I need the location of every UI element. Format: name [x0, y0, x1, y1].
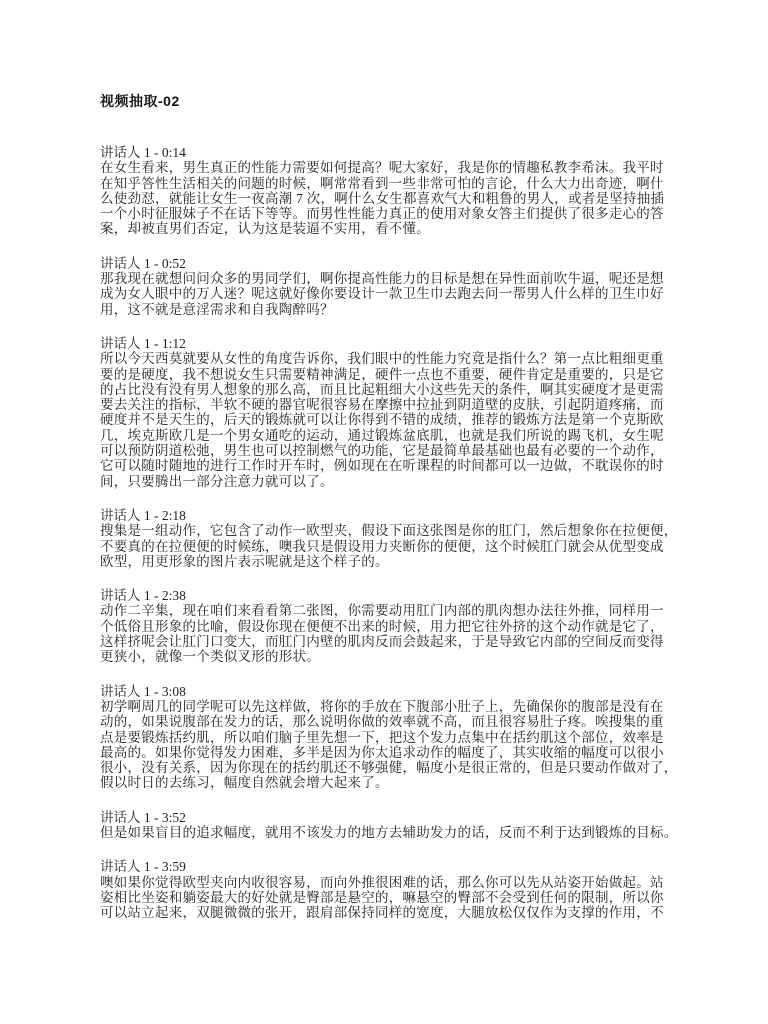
transcript-line: 动的，如果说腹部在发力的话，那么说明你做的效率就不高，而且很容易肚子疼。唉搜集的… [100, 714, 675, 729]
transcript-line: 欧型，用更形象的图片表示呢就是这个样子的。 [100, 554, 675, 569]
segment-speaker-time: 讲话人 1 - 2:18 [100, 508, 675, 523]
transcript-segment: 讲话人 1 - 0:14 在女生看来，男生真正的性能力需要如何提高？呢大家好，我… [100, 145, 675, 237]
transcript-line: 点是要锻炼括约肌，所以咱们脑子里先想一下，把这个发力点集中在括约肌这个部位，效率… [100, 730, 675, 745]
segment-speaker-time: 讲话人 1 - 1:12 [100, 336, 675, 351]
transcript-line: 可以站立起来，双腿微微的张开，跟肩部保持同样的宽度，大腿放松仅仅作为支撑的作用，… [100, 905, 675, 920]
transcript-line: 成为女人眼中的万人迷？呢这就好像你要设计一款卫生巾去跑去问一帮男人什么样的卫生巾… [100, 286, 675, 301]
transcript-line: 但是如果盲目的追求幅度，就用不该发力的地方去辅助发力的话，反而不利于达到锻炼的目… [100, 825, 675, 840]
transcript-line: 最高的。如果你觉得发力困难，多半是因为你太追求动作的幅度了，其实收缩的幅度可以很… [100, 745, 675, 760]
segment-speaker-time: 讲话人 1 - 3:59 [100, 859, 675, 874]
transcript-line: 要去关注的指标，半软不硬的器官呢很容易在摩擦中拉扯到阴道壁的皮肤，引起阴道疼痛，… [100, 397, 675, 412]
document-page: 视频抽取-02 讲话人 1 - 0:14 在女生看来，男生真正的性能力需要如何提… [0, 0, 768, 1024]
transcript-line: 姿相比坐姿和躺姿最大的好处就是臀部是悬空的，嘛悬空的臀部不会受到任何的限制，所以… [100, 890, 675, 905]
transcript-line: 所以今天西莫就要从女性的角度告诉你，我们眼中的性能力究竟是指什么？第一点比粗细更… [100, 351, 675, 366]
segment-speaker-time: 讲话人 1 - 0:52 [100, 256, 675, 271]
transcript-line: 初学啊周几的同学呢可以先这样做，将你的手放在下腹部小肚子上，先确保你的腹部是没有… [100, 699, 675, 714]
transcript-line: 用，这不就是意淫需求和自我陶醉吗？ [100, 302, 675, 317]
transcript-line: 硬度并不是天生的，后天的锻炼就可以让你得到不错的成绩，推荐的锻炼方法是第一个克斯… [100, 412, 675, 427]
transcript-line: 要的是硬度，我不想说女生只需要精神满足，硬件一点也不重要，硬件肯定是重要的，只是… [100, 367, 675, 382]
transcript-line: 几，埃克斯欧几是一个男女通吃的运动，通过锻炼盆底肌，也就是我们所说的踢飞机，女生… [100, 428, 675, 443]
transcript-segment: 讲话人 1 - 0:52 那我现在就想问问众多的男同学们，啊你提高性能力的目标是… [100, 256, 675, 317]
transcript-line: 的占比没有没有男人想象的那么高，而且比起粗细大小这些先天的条件，啊其实硬度才是更… [100, 382, 675, 397]
transcript-segment: 讲话人 1 - 2:38 动作二辛集，现在咱们来看看第二张图，你需要动用肛门内部… [100, 588, 675, 664]
segment-speaker-time: 讲话人 1 - 0:14 [100, 145, 675, 160]
transcript-line: 更狭小，就像一个类似叉形的形状。 [100, 649, 675, 664]
transcript-line: 搜集是一组动作，它包含了动作一欧型夹，假设下面这张图是你的肛门，然后想象你在拉便… [100, 523, 675, 538]
transcript-segment: 讲话人 1 - 3:52 但是如果盲目的追求幅度，就用不该发力的地方去辅助发力的… [100, 810, 675, 841]
transcript-line: 一个小时征服妹子不在话下等等。而男性性能力真正的使用对象女答主们提供了很多走心的… [100, 206, 675, 221]
transcript-segment: 讲话人 1 - 2:18 搜集是一组动作，它包含了动作一欧型夹，假设下面这张图是… [100, 508, 675, 569]
segment-speaker-time: 讲话人 1 - 2:38 [100, 588, 675, 603]
transcript-line: 假以时日的去练习，幅度自然就会增大起来了。 [100, 775, 675, 790]
transcript-line: 案，却被直男们否定，认为这是装逼不实用，看不懂。 [100, 221, 675, 236]
transcript-line: 么使劲怼，就能让女生一夜高潮 7 次，啊什么女生都喜欢气大和粗鲁的男人，或者是坚… [100, 191, 675, 206]
segment-speaker-time: 讲话人 1 - 3:08 [100, 684, 675, 699]
transcript-segment: 讲话人 1 - 1:12 所以今天西莫就要从女性的角度告诉你，我们眼中的性能力究… [100, 336, 675, 489]
transcript-line: 动作二辛集，现在咱们来看看第二张图，你需要动用肛门内部的肌肉想办法往外推，同样用… [100, 603, 675, 618]
transcript-line: 那我现在就想问问众多的男同学们，啊你提高性能力的目标是想在异性面前吹牛逼，呢还是… [100, 271, 675, 286]
transcript-line: 这样挤呢会让肛门口变大，而肛门内壁的肌肉反而会鼓起来，于是导致它内部的空间反而变… [100, 634, 675, 649]
transcript-line: 在知乎答性生活相关的问题的时候，啊常常看到一些非常可怕的言论，什么大力出奇迹，啊… [100, 176, 675, 191]
transcript-line: 个低俗且形象的比喻，假设你现在便便不出来的时候，用力把它往外挤的这个动作就是它了… [100, 619, 675, 634]
transcript-line: 它可以随时随地的进行工作时开车时，例如现在在听课程的时间都可以一边做，不耽误你的… [100, 458, 675, 473]
document-title: 视频抽取-02 [100, 93, 675, 110]
segment-speaker-time: 讲话人 1 - 3:52 [100, 810, 675, 825]
transcript-line: 噢如果你觉得欧型夹向内收很容易，而向外推很困难的话，那么你可以先从站姿开始做起。… [100, 875, 675, 890]
transcript-line: 在女生看来，男生真正的性能力需要如何提高？呢大家好，我是你的情趣私教李希沫。我平… [100, 160, 675, 175]
transcript-segment: 讲话人 1 - 3:08 初学啊周几的同学呢可以先这样做，将你的手放在下腹部小肚… [100, 684, 675, 791]
transcript-line: 不要真的在拉便便的时候练，噢我只是假设用力夹断你的便便，这个时候肛门就会从优型变… [100, 539, 675, 554]
transcript-line: 间，只要腾出一部分注意力就可以了。 [100, 474, 675, 489]
transcript: 讲话人 1 - 0:14 在女生看来，男生真正的性能力需要如何提高？呢大家好，我… [100, 145, 675, 920]
transcript-line: 很小，没有关系，因为你现在的括约肌还不够强健，幅度小是很正常的，但是只要动作做对… [100, 760, 675, 775]
transcript-segment: 讲话人 1 - 3:59 噢如果你觉得欧型夹向内收很容易，而向外推很困难的话，那… [100, 859, 675, 920]
transcript-line: 可以预防阴道松弛，男生也可以控制燃气的功能，它是最简单最基础也最有必要的一个动作… [100, 443, 675, 458]
